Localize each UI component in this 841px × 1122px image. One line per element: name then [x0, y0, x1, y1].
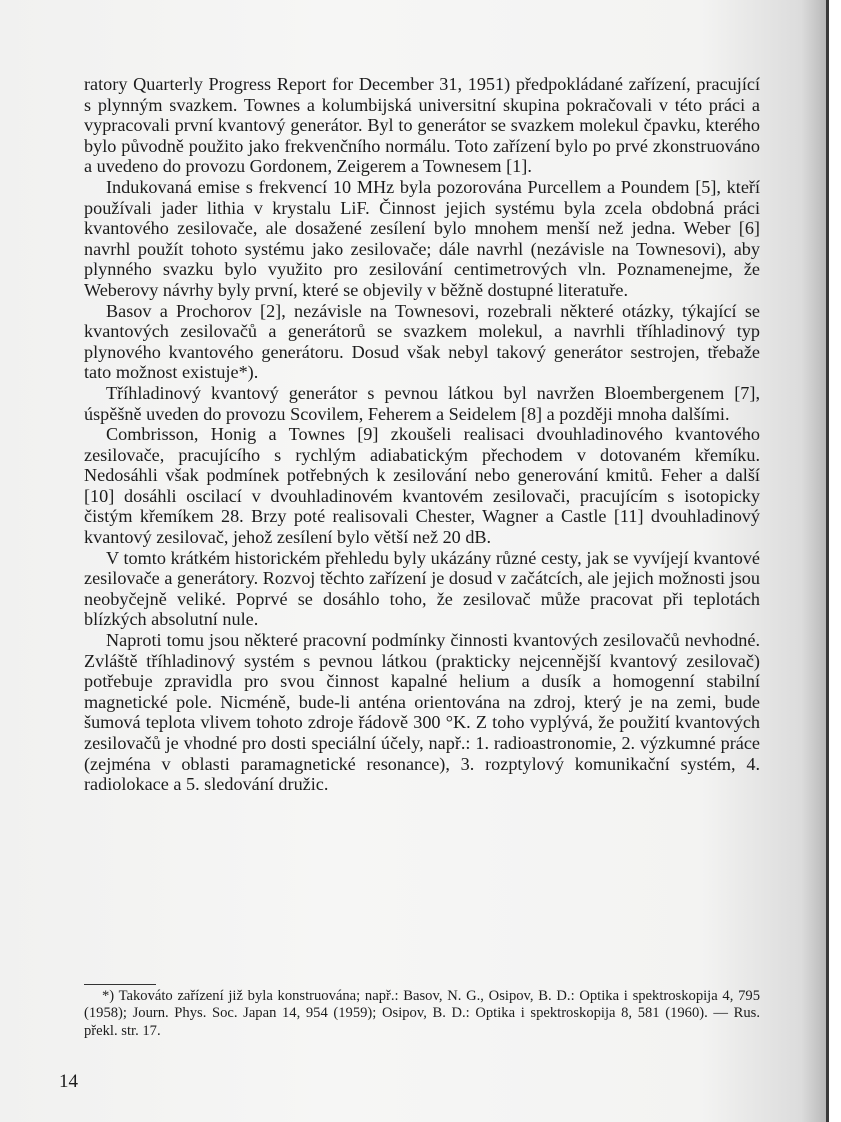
paragraph-5: Combrisson, Honig a Townes [9] zkoušeli … — [84, 424, 760, 548]
body-text: ratory Quarterly Progress Report for Dec… — [84, 74, 760, 795]
paragraph-1: ratory Quarterly Progress Report for Dec… — [84, 74, 760, 177]
footnote-marker: *) — [102, 988, 114, 1004]
footnote: *) Takováto zařízení již byla konstruová… — [84, 988, 760, 1040]
paragraph-3: Basov a Prochorov [2], nezávisle na Town… — [84, 301, 760, 383]
footnote-text: Takováto zařízení již byla konstruována;… — [84, 988, 760, 1039]
paragraph-7: Naproti tomu jsou některé pracovní podmí… — [84, 630, 760, 795]
page-edge-shadow — [826, 0, 829, 1122]
footnote-divider — [84, 984, 156, 985]
paragraph-2: Indukovaná emise s frekvencí 10 MHz byla… — [84, 177, 760, 301]
page-number: 14 — [59, 1071, 78, 1093]
paragraph-4: Tříhladinový kvantový generátor s pevnou… — [84, 383, 760, 424]
paragraph-6: V tomto krátkém historickém přehledu byl… — [84, 548, 760, 630]
